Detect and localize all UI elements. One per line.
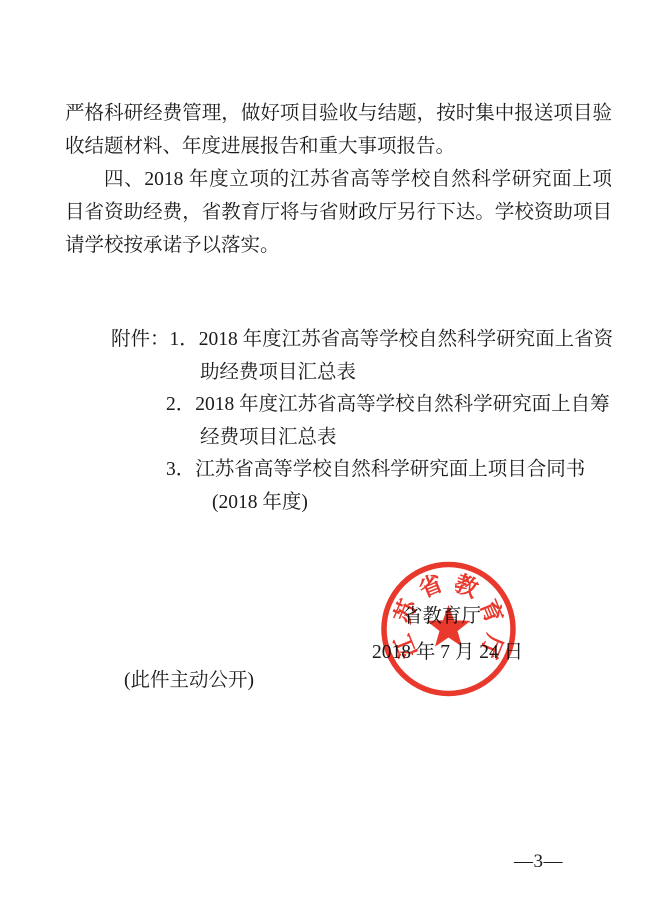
body-line: 请学校按承诺予以落实。	[65, 229, 612, 262]
attachment-line: 经费项目汇总表	[65, 422, 625, 455]
body-line: 四、2018 年度立项的江苏省高等学校自然科学研究面上项	[65, 163, 612, 196]
disclosure-note: (此件主动公开)	[124, 668, 254, 694]
document-page: 严格科研经费管理，做好项目验收与结题，按时集中报送项目验 收结题材料、年度进展报…	[0, 0, 669, 900]
attachment-list: 附件：1．2018 年度江苏省高等学校自然科学研究面上省资 助经费项目汇总表 2…	[65, 324, 625, 519]
seal-arc-char: 省	[415, 571, 446, 603]
body-line: 严格科研经费管理，做好项目验收与结题，按时集中报送项目验	[65, 97, 612, 130]
attachment-line: (2018 年度)	[65, 487, 625, 520]
issue-date: 2018 年 7 月 24 日	[372, 640, 523, 666]
body-paragraphs: 严格科研经费管理，做好项目验收与结题，按时集中报送项目验 收结题材料、年度进展报…	[65, 97, 612, 262]
body-line: 目省资助经费，省教育厅将与省财政厅另行下达。学校资助项目	[65, 196, 612, 229]
attachment-line: 附件：1．2018 年度江苏省高等学校自然科学研究面上省资	[65, 324, 625, 357]
attachment-line: 2．2018 年度江苏省高等学校自然科学研究面上自筹	[65, 389, 625, 422]
attachment-line: 3．江苏省高等学校自然科学研究面上项目合同书	[65, 454, 625, 487]
body-line: 收结题材料、年度进展报告和重大事项报告。	[65, 130, 612, 163]
page-number: —3—	[514, 851, 563, 873]
agency-signature: 省教育厅	[403, 604, 481, 630]
seal-arc-char: 教	[451, 571, 483, 603]
attachment-line: 助经费项目汇总表	[65, 357, 625, 390]
